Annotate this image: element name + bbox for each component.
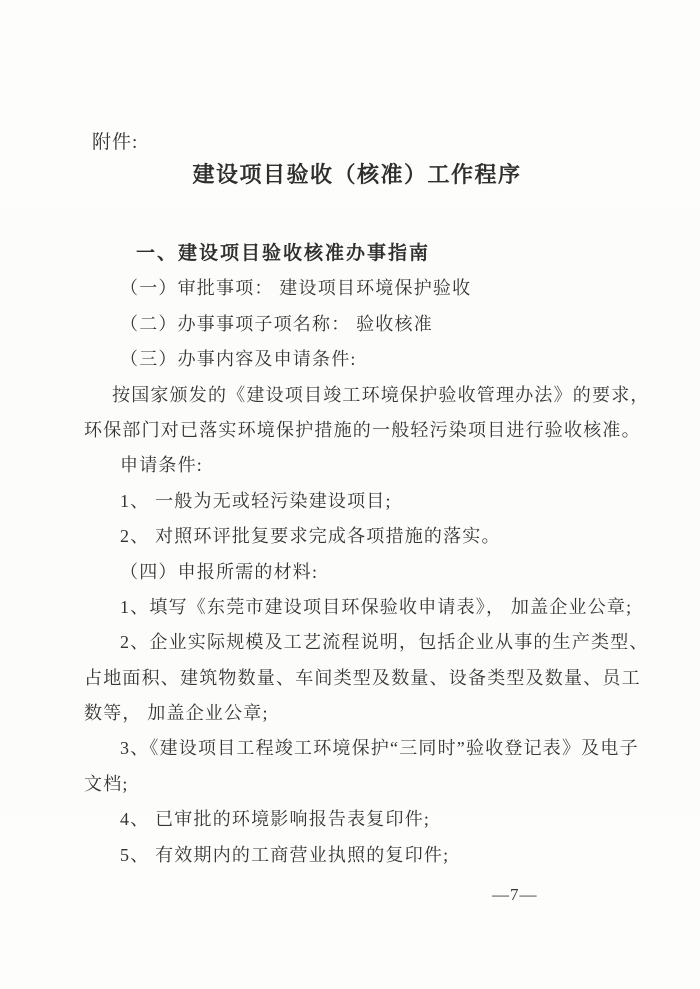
list-item: 3、《建设项目工程竣工环境保护“三同时”验收登记表》及电子: [84, 731, 664, 766]
sub-item-line: （四）申报所需的材料:: [84, 555, 664, 590]
sub-item-line: （一）审批事项： 建设项目环境保护验收: [84, 271, 664, 306]
paragraph-line: 环保部门对已落实环境保护措施的一般轻污染项目进行验收核准。: [84, 413, 664, 448]
attachment-label: 附件:: [92, 127, 138, 154]
document-title: 建设项目验收（核准）工作程序: [7, 158, 700, 189]
document-body: 一、建设项目验收核准办事指南 （一）审批事项： 建设项目环境保护验收 （二）办事…: [84, 236, 664, 873]
list-item: 2、企业实际规模及工艺流程说明，包括企业从事的生产类型、: [84, 625, 664, 660]
paragraph-line: 数等， 加盖企业公章;: [84, 696, 664, 731]
list-item: 2、 对照环评批复要求完成各项措施的落实。: [84, 519, 664, 554]
paragraph-line: 申请条件:: [84, 448, 664, 483]
document-page: 附件: 建设项目验收（核准）工作程序 一、建设项目验收核准办事指南 （一）审批事…: [0, 0, 700, 989]
section-heading: 一、建设项目验收核准办事指南: [84, 236, 664, 271]
page-number: —7—: [492, 885, 538, 905]
list-item: 5、 有效期内的工商营业执照的复印件;: [84, 838, 664, 873]
sub-item-line: （二）办事事项子项名称： 验收核准: [84, 307, 664, 342]
sub-item-line: （三）办事内容及申请条件:: [84, 342, 664, 377]
paragraph-line: 文档;: [84, 767, 664, 802]
paragraph-line: 占地面积、建筑物数量、车间类型及数量、设备类型及数量、员工: [84, 661, 664, 696]
paragraph-line: 按国家颁发的《建设项目竣工环境保护验收管理办法》的要求，: [84, 378, 664, 413]
list-item: 1、填写《东莞市建设项目环保验收申请表》， 加盖企业公章;: [84, 590, 664, 625]
list-item: 4、 已审批的环境影响报告表复印件;: [84, 802, 664, 837]
list-item: 1、 一般为无或轻污染建设项目;: [84, 484, 664, 519]
